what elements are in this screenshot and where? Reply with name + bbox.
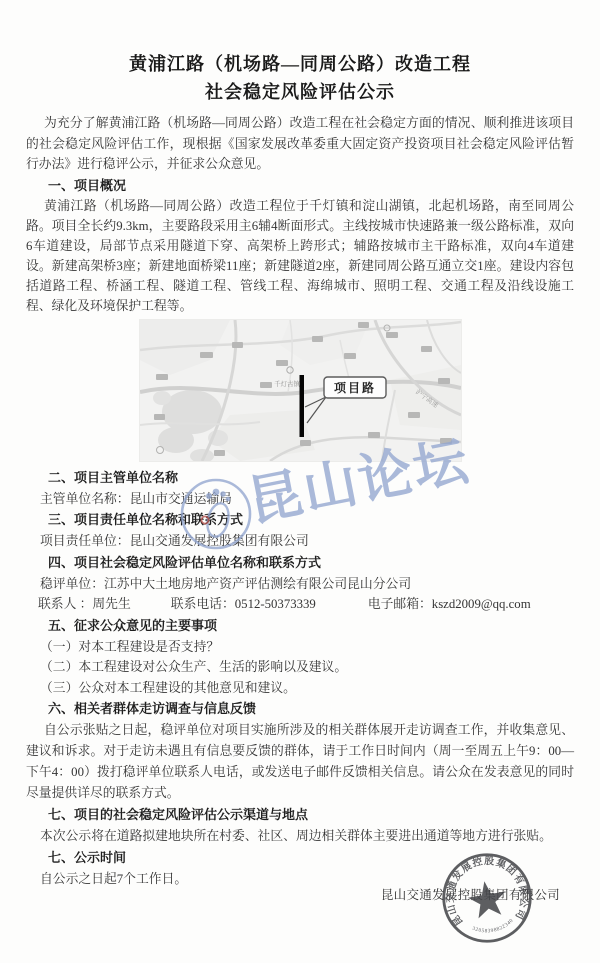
project-road-line [299, 375, 304, 437]
opinion-item-3: （三）公众对本工程建设的其他意见和建议。 [40, 678, 574, 699]
feedback-paragraph: 自公示张贴之日起，稳评单位对项目实施所涉及的相关群体展开走访调查工作，并收集意见… [26, 720, 574, 804]
document-title-line2: 社会稳定风险评估公示 [26, 78, 574, 106]
channels-line: 本次公示将在道路拟建地块所在村委、社区、周边相关群体主要进出通道等地方进行张贴。 [40, 826, 574, 847]
notice-document-page: 黄浦江路（机场路—同周公路）改造工程 社会稳定风险评估公示 为充分了解黄浦江路（… [0, 0, 600, 963]
project-road-callout-label: 项目路 [333, 380, 375, 395]
seal-star-icon [466, 878, 509, 919]
contact-phone: 联系电话：0512-50373339 [171, 594, 316, 615]
section-heading-channels: 七、项目的社会稳定风险评估公示渠道与地点 [48, 804, 574, 826]
opinion-item-2: （二）本工程建设对公众生产、生活的影响以及建议。 [40, 657, 574, 678]
section-heading-feedback: 六、相关者群体走访调查与信息反馈 [48, 698, 574, 720]
section-heading-overview: 一、项目概况 [48, 176, 574, 196]
contact-email: 电子邮箱：kszd2009@qq.com [368, 594, 531, 615]
project-location-map: 千灯古镇 沪宁高速 项目路 [139, 319, 462, 462]
section-heading-opinions: 五、征求公众意见的主要事项 [48, 615, 574, 637]
section-heading-assessor: 四、项目社会稳定风险评估单位名称和联系方式 [48, 552, 574, 574]
map-graphic: 千灯古镇 沪宁高速 项目路 [140, 320, 461, 461]
document-content: 黄浦江路（机场路—同周公路）改造工程 社会稳定风险评估公示 为充分了解黄浦江路（… [26, 0, 574, 889]
responsible-line: 项目责任单位：昆山交通发展控股集团有限公司 [40, 531, 574, 552]
overview-paragraph: 黄浦江路（机场路—同周公路）改造工程位于千灯镇和淀山湖镇，北起机场路，南至同周公… [26, 196, 574, 316]
section-heading-supervisor: 二、项目主管单位名称 [48, 467, 574, 489]
section-heading-responsible: 三、项目责任单位名称和联系方式 [48, 509, 574, 531]
map-town-label: 千灯古镇 [274, 379, 301, 388]
assessor-contact-row: 联系人 ：周先生 联系电话：0512-50373339 电子邮箱：kszd200… [38, 594, 574, 615]
intro-paragraph: 为充分了解黄浦江路（机场路—同周公路）改造工程在社会稳定方面的情况、顺利推进该项… [26, 113, 574, 175]
contact-person: 联系人 ：周先生 [38, 594, 131, 615]
supervisor-line: 主管单位名称：昆山市交通运输局 [40, 489, 574, 510]
opinion-item-1: （一）对本工程建设是否支持？ [40, 637, 574, 658]
assessor-line: 稳评单位：江苏中大土地房地产资产评估测绘有限公司昆山分公司 [40, 574, 574, 595]
company-seal-stamp: 昆山交通发展控股集团有限公司 32058398822340 [433, 844, 541, 952]
document-title-line1: 黄浦江路（机场路—同周公路）改造工程 [26, 50, 574, 78]
